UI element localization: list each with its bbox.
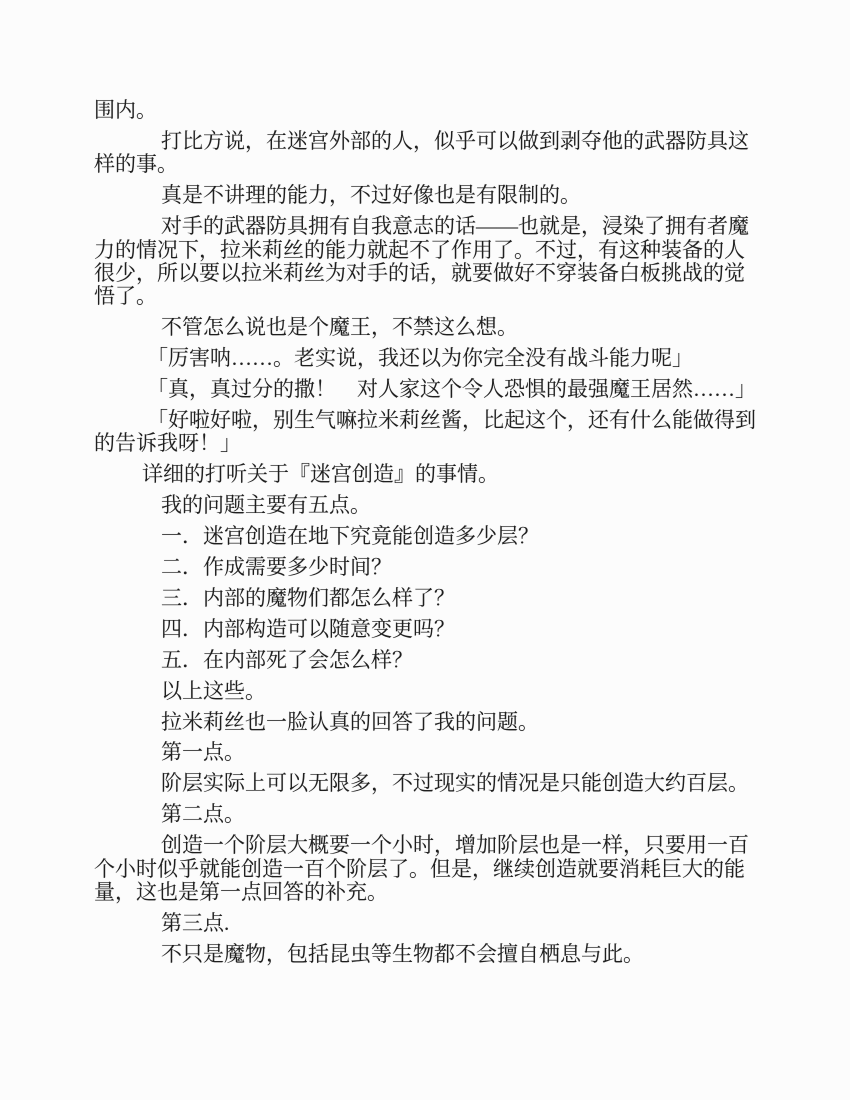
paragraph: 三．内部的魔物们都怎么样了？ bbox=[94, 587, 774, 610]
paragraph: 阶层实际上可以无限多，不过现实的情况是只能创造大约百层。 bbox=[94, 772, 774, 795]
paragraph: 五．在内部死了会怎么样？ bbox=[94, 649, 774, 672]
paragraph: 「真，真过分的撒！ 对人家这个令人恐惧的最强魔王居然……」 bbox=[94, 378, 774, 401]
paragraph: 打比方说，在迷宫外部的人，似乎可以做到剥夺他的武器防具这样的事。 bbox=[94, 130, 774, 177]
paragraph: 四．内部构造可以随意变更吗？ bbox=[94, 618, 774, 641]
reader-content: 围内。打比方说，在迷宫外部的人，似乎可以做到剥夺他的武器防具这样的事。真是不讲理… bbox=[94, 99, 774, 974]
paragraph: 不只是魔物，包括昆虫等生物都不会擅自栖息与此。 bbox=[94, 943, 774, 966]
paragraph: 二．作成需要多少时间？ bbox=[94, 556, 774, 579]
paragraph: 第一点。 bbox=[94, 741, 774, 764]
paragraph: 不管怎么说也是个魔王，不禁这么想。 bbox=[94, 316, 774, 339]
paragraph: 真是不讲理的能力，不过好像也是有限制的。 bbox=[94, 184, 774, 207]
paragraph: 创造一个阶层大概要一个小时，增加阶层也是一样，只要用一百个小时似乎就能创造一百个… bbox=[94, 834, 774, 904]
paragraph: 以上这些。 bbox=[94, 680, 774, 703]
paragraph: 我的问题主要有五点。 bbox=[94, 494, 774, 517]
novel-page: 围内。打比方说，在迷宫外部的人，似乎可以做到剥夺他的武器防具这样的事。真是不讲理… bbox=[0, 0, 850, 1100]
paragraph: 「厉害呐……。老实说，我还以为你完全没有战斗能力呢」 bbox=[94, 347, 774, 370]
paragraph: 第三点. bbox=[94, 912, 774, 935]
paragraph: 「好啦好啦，别生气嘛拉米莉丝酱，比起这个，还有什么能做得到的告诉我呀！」 bbox=[94, 409, 774, 456]
paragraph: 拉米莉丝也一脸认真的回答了我的问题。 bbox=[94, 711, 774, 734]
paragraph: 详细的打听关于『迷宫创造』的事情。 bbox=[94, 463, 774, 486]
paragraph: 第二点。 bbox=[94, 803, 774, 826]
paragraph: 围内。 bbox=[94, 99, 774, 122]
paragraph: 一．迷宫创造在地下究竟能创造多少层？ bbox=[94, 525, 774, 548]
paragraph: 对手的武器防具拥有自我意志的话——也就是，浸染了拥有者魔力的情况下，拉米莉丝的能… bbox=[94, 215, 774, 309]
